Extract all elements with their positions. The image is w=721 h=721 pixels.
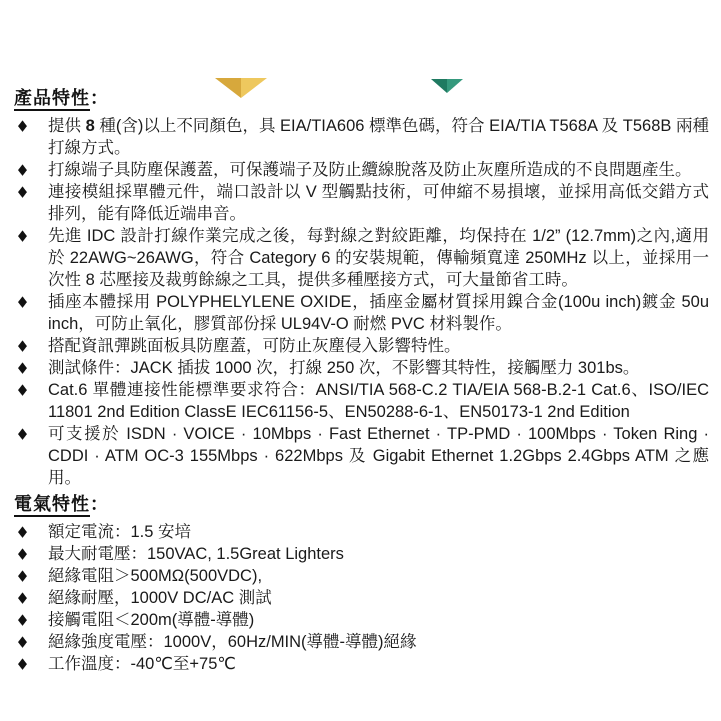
list-item: ◆ 測試條件：JACK 插拔 1000 次，打線 250 次，不影響其特性，接觸… [14,357,709,379]
list-item-text: 先進 IDC 設計打線作業完成之後，每對線之對絞距離，均保持在 1/2” (12… [48,227,709,289]
list-item-text: 打線端子具防塵保護蓋，可保護端子及防止纜線脫落及防止灰塵所造成的不良問題產生。 [48,161,692,179]
heading-text: 產品特性 [14,88,90,111]
list-item: ◆ 連接模組採單體元件，端口設計以 V 型觸點技術，可伸縮不易損壞，並採用高低交… [14,181,709,225]
diamond-bullet-icon: ◆ [18,225,27,247]
list-item: ◆ 額定電流：1.5 安培 [14,521,709,543]
diamond-bullet-icon: ◆ [18,423,27,445]
heading-colon: ： [90,88,109,108]
diamond-bullet-icon: ◆ [18,631,27,653]
list-item-text-post: 種(含)以上不同顏色，具 EIA/TIA606 標準色碼，符合 EIA/TIA … [48,117,709,157]
list-item-text: 絕緣耐壓，1000V DC/AC 測試 [48,589,272,607]
heading-text: 電氣特性 [14,494,90,517]
list-item-text: 接觸電阻＜200m(導體-導體) [48,611,254,629]
diamond-bullet-icon: ◆ [18,653,27,675]
diamond-bullet-icon: ◆ [18,587,27,609]
diamond-bullet-icon: ◆ [18,181,27,203]
list-item-text-bold: 8 [86,117,95,135]
list-item-text: Cat.6 單體連接性能標準要求符合：ANSI/TIA 568-C.2 TIA/… [48,381,709,421]
list-item-text: 插座本體採用 POLYPHELYLENE OXIDE，插座金屬材質採用鎳合金(1… [48,293,709,333]
list-item: ◆ Cat.6 單體連接性能標準要求符合：ANSI/TIA 568-C.2 TI… [14,379,709,423]
diamond-bullet-icon: ◆ [18,357,27,379]
diamond-bullet-icon: ◆ [18,159,27,181]
diamond-bullet-icon: ◆ [18,335,27,357]
diamond-bullet-icon: ◆ [18,609,27,631]
list-item: ◆ 絕緣電阻＞500MΩ(500VDC), [14,565,709,587]
list-item-text: 最大耐電壓：150VAC, 1.5Great Lighters [48,545,344,563]
list-item: ◆ 先進 IDC 設計打線作業完成之後，每對線之對絞距離，均保持在 1/2” (… [14,225,709,291]
electrical-features-list: ◆ 額定電流：1.5 安培 ◆ 最大耐電壓：150VAC, 1.5Great L… [14,521,709,675]
diamond-bullet-icon: ◆ [18,291,27,313]
list-item-text: 連接模組採單體元件，端口設計以 V 型觸點技術，可伸縮不易損壞，並採用高低交錯方… [48,183,709,223]
list-item: ◆ 絕緣耐壓，1000V DC/AC 測試 [14,587,709,609]
list-item-text: 絕緣強度電壓：1000V，60Hz/MIN(導體-導體)絕緣 [48,633,417,651]
diamond-bullet-icon: ◆ [18,521,27,543]
list-item-text: 絕緣電阻＞500MΩ(500VDC), [48,567,262,585]
list-item: ◆ 接觸電阻＜200m(導體-導體) [14,609,709,631]
list-item: ◆ 可支援於 ISDN · VOICE · 10Mbps · Fast Ethe… [14,423,709,489]
diamond-bullet-icon: ◆ [18,115,27,137]
section-heading-product-features: 產品特性： [14,86,709,110]
diamond-bullet-icon: ◆ [18,379,27,401]
list-item: ◆ 絕緣強度電壓：1000V，60Hz/MIN(導體-導體)絕緣 [14,631,709,653]
heading-colon: ： [90,494,109,514]
list-item: ◆ 打線端子具防塵保護蓋，可保護端子及防止纜線脫落及防止灰塵所造成的不良問題產生… [14,159,709,181]
list-item: ◆ 提供 8 種(含)以上不同顏色，具 EIA/TIA606 標準色碼，符合 E… [14,115,709,159]
list-item-text-pre: 提供 [48,117,86,135]
list-item-text: 可支援於 ISDN · VOICE · 10Mbps · Fast Ethern… [48,425,709,487]
list-item: ◆ 工作溫度：-40℃至+75℃ [14,653,709,675]
list-item: ◆ 最大耐電壓：150VAC, 1.5Great Lighters [14,543,709,565]
product-features-list: ◆ 提供 8 種(含)以上不同顏色，具 EIA/TIA606 標準色碼，符合 E… [14,115,709,489]
list-item-text: 測試條件：JACK 插拔 1000 次，打線 250 次，不影響其特性，接觸壓力… [48,359,639,377]
list-item-text: 搭配資訊彈跳面板具防塵蓋，可防止灰塵侵入影響特性。 [48,337,461,355]
diamond-bullet-icon: ◆ [18,543,27,565]
list-item-text: 額定電流：1.5 安培 [48,523,191,541]
list-item-text: 提供 8 種(含)以上不同顏色，具 EIA/TIA606 標準色碼，符合 EIA… [48,117,709,157]
document-content: 產品特性： ◆ 提供 8 種(含)以上不同顏色，具 EIA/TIA606 標準色… [14,86,709,677]
diamond-bullet-icon: ◆ [18,565,27,587]
section-heading-electrical-features: 電氣特性： [14,492,709,516]
list-item-text: 工作溫度：-40℃至+75℃ [48,655,236,673]
list-item: ◆ 搭配資訊彈跳面板具防塵蓋，可防止灰塵侵入影響特性。 [14,335,709,357]
list-item: ◆ 插座本體採用 POLYPHELYLENE OXIDE，插座金屬材質採用鎳合金… [14,291,709,335]
